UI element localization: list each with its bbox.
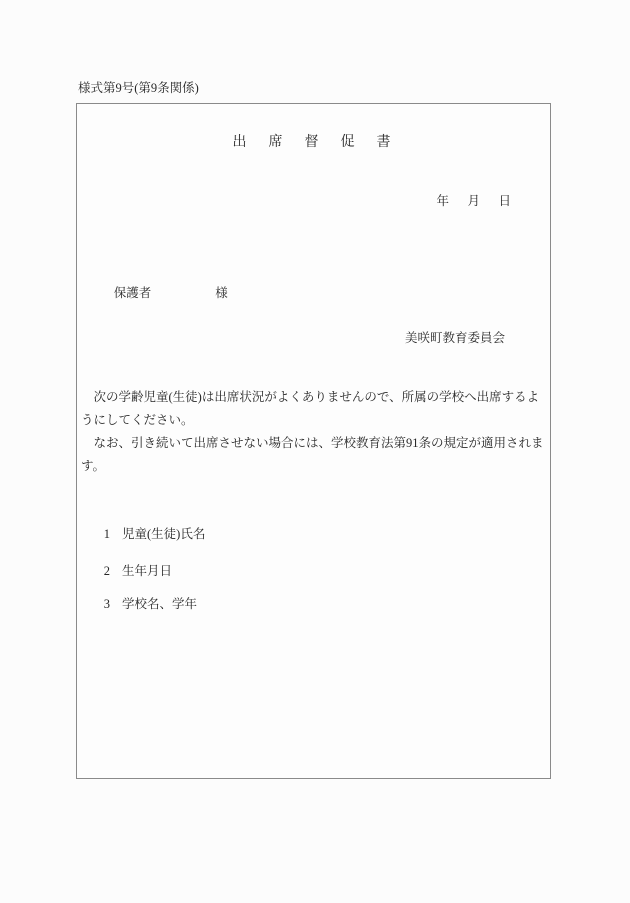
body-paragraph-1: 次の学齢児童(生徒)は出席状況がよくありませんので、所属の学校へ出席するようにし… <box>81 386 547 432</box>
body-paragraph-2: なお、引き続いて出席させない場合には、学校教育法第91条の規定が適用されます。 <box>81 432 547 478</box>
form-number-label: 様式第9号(第9条関係) <box>78 80 199 96</box>
list-item-number: 3 <box>104 597 110 611</box>
list-item-label: 生年月日 <box>122 563 172 579</box>
list-item-label: 児童(生徒)氏名 <box>122 526 205 542</box>
addressee-role-label: 保護者 <box>114 286 152 300</box>
list-item-label: 学校名、学年 <box>122 596 197 612</box>
sender-line: 美咲町教育委員会 <box>405 330 505 346</box>
list-item-number: 1 <box>104 527 110 541</box>
list-item-number: 2 <box>104 564 110 578</box>
date-line: 年 月 日 <box>436 193 514 209</box>
document-border-box: 出 席 督 促 書 年 月 日 保護者様 美咲町教育委員会 次の学齢児童(生徒)… <box>76 103 551 779</box>
addressee-line: 保護者様 <box>95 269 228 317</box>
list-item-school-grade: 3学校名、学年 <box>85 580 197 628</box>
body-text: 次の学齢児童(生徒)は出席状況がよくありませんので、所属の学校へ出席するようにし… <box>81 386 547 478</box>
document-page: 様式第9号(第9条関係) 出 席 督 促 書 年 月 日 保護者様 美咲町教育委… <box>0 0 630 903</box>
document-title: 出 席 督 促 書 <box>77 134 550 152</box>
addressee-honorific: 様 <box>215 285 228 301</box>
